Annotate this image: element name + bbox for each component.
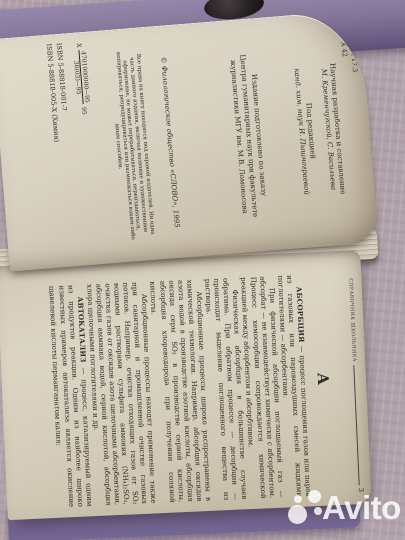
watermark: Avito — [288, 486, 405, 532]
dictionary-entry: Абсорбционные процессы находят применени… — [84, 282, 158, 507]
dictionary-page: СПРАВОЧНИК ШКОЛЬНИКА 3 А АБСОРБЦИЯ — про… — [0, 250, 372, 520]
rights-notice: Все права на книгу находятся под охраной… — [106, 45, 156, 245]
print-code-fraction: 4701000000—95 36(03)—95 — [71, 50, 90, 105]
avito-wordmark: Avito — [322, 488, 401, 528]
entry-headword: АБСОРБЦИЯ — [295, 286, 307, 345]
avito-logo-dot — [288, 505, 307, 524]
avito-logo-dot — [314, 507, 322, 515]
print-code: Х 4701000000—95 36(03)—95 95 — [71, 43, 92, 116]
imprint-page: ББК 17.3 Х 42 Научная разработка и соста… — [0, 10, 379, 272]
dictionary-entry: Абсорбционные процессы широко распростра… — [148, 279, 213, 503]
avito-logo-dot — [294, 495, 302, 503]
running-head-rule — [353, 365, 359, 485]
section-letter: А — [308, 251, 338, 506]
copyright-line: © Филологическое общество «СЛОВО», 1995 — [157, 26, 184, 258]
avito-logo-icon — [288, 486, 326, 526]
dictionary-page-content: СПРАВОЧНИК ШКОЛЬНИКА 3 А АБСОРБЦИЯ — про… — [0, 250, 372, 520]
running-head: СПРАВОЧНИК ШКОЛЬНИКА 3 — [347, 278, 365, 492]
classification-codes: ББК 17.3 Х 42 — [340, 41, 359, 73]
bbk-code: ББК 17.3 — [348, 41, 359, 73]
dictionary-entries: АБСОРБЦИЯ — процесс поглощения газов или… — [47, 274, 313, 507]
running-head-title: СПРАВОЧНИК ШКОЛЬНИКА — [347, 278, 356, 362]
print-code-suffix: 95 — [80, 107, 88, 115]
print-code-prefix: Х — [75, 43, 82, 48]
photo-background: { "photo": { "background_color": "#b2a3a… — [0, 0, 405, 540]
avito-logo-dot — [308, 490, 321, 503]
commission-block: Издание подготовлено по заказуЦентра гум… — [225, 19, 274, 253]
isbn-block: ISBN 5-88818-001-7ISBN 5-88818-005-X (Хи… — [44, 42, 71, 142]
imprint-page-content: ББК 17.3 Х 42 Научная разработка и соста… — [0, 11, 379, 272]
